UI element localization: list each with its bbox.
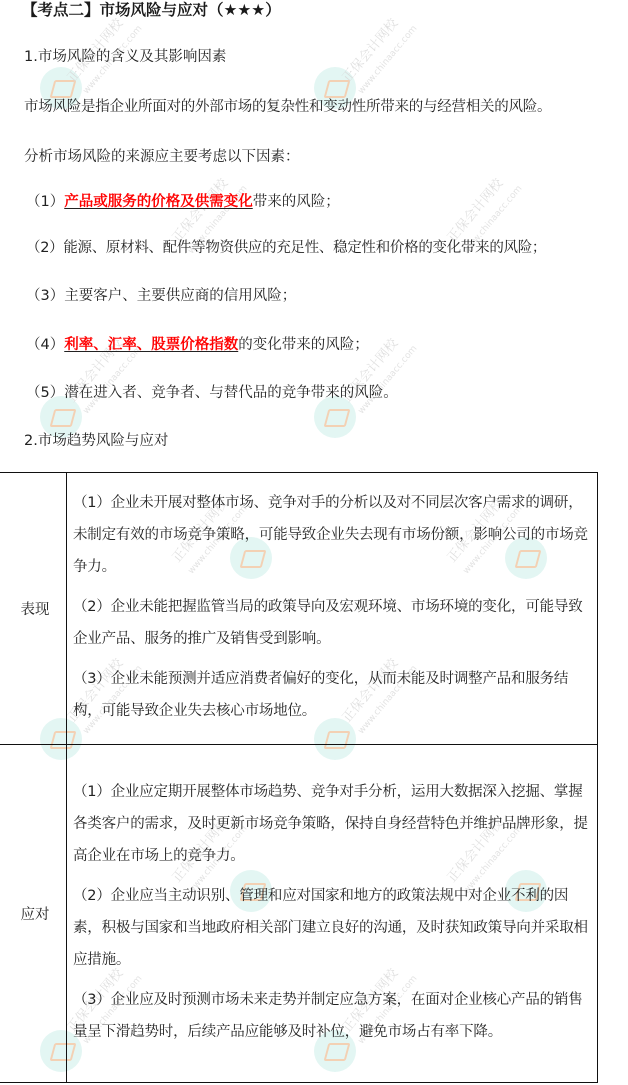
factor-item-5: （5）潜在进入者、竞争者、与替代品的竞争带来的风险。 [26,383,398,403]
row-label: 应对 [17,903,50,924]
factor-item-1: （1）产品或服务的价格及供需变化带来的风险； [26,192,340,212]
factor-number: （5） [26,385,64,401]
watermark-brand: 正保会计网校 [337,14,402,86]
watermark-brand: 正保会计网校 [442,174,507,246]
market-trend-risk-table: 表现 （1）企业未开展对整体市场、竞争对手的分析以及对不同层次客户需求的调研，未… [0,472,598,1083]
factor-text: 潜在进入者、竞争者、与替代品的竞争带来的风险。 [64,385,398,401]
table-point: （1）企业应定期开展整体市场趋势、竞争对手分析，运用大数据深入挖掘、掌握各类客户… [73,776,591,872]
row-label-cell: 表现 [0,473,67,745]
section-heading-1: 1.市场风险的含义及其影响因素 [24,47,226,67]
row-label: 表现 [17,598,50,619]
table-point: （3）企业未能预测并适应消费者偏好的变化，从而未能及时调整产品和服务结构，可能导… [73,663,591,727]
factor-number: （1） [26,194,64,210]
factors-intro: 分析市场风险的来源应主要考虑以下因素： [24,147,300,167]
factor-highlight: 利率、汇率、股票价格指数 [64,337,238,353]
factor-text: 的变化带来的风险； [238,337,369,353]
table-point: （1）企业未开展对整体市场、竞争对手的分析以及对不同层次客户需求的调研，未制定有… [73,487,591,583]
section-heading-2: 2.市场趋势风险与应对 [24,431,168,451]
watermark-url: www.chinaacc.com [357,24,420,96]
factor-highlight: 产品或服务的价格及供需变化 [64,194,253,210]
table-point: （2）企业应当主动识别、管理和应对国家和地方的政策法规中对企业不利的因素，积极与… [73,880,591,976]
factor-item-2: （2）能源、原材料、配件等物资供应的充足性、稳定性和价格的变化带来的风险； [26,238,546,258]
factor-number: （3） [26,288,64,304]
table-row-response: 应对 （1）企业应定期开展整体市场趋势、竞争对手分析，运用大数据深入挖掘、掌握各… [0,745,598,1083]
row-content-cell: （1）企业未开展对整体市场、竞争对手的分析以及对不同层次客户需求的调研，未制定有… [67,473,598,745]
factor-number: （2） [26,240,63,256]
factor-item-4: （4）利率、汇率、股票价格指数的变化带来的风险； [26,335,369,355]
factor-text: 能源、原材料、配件等物资供应的充足性、稳定性和价格的变化带来的风险； [63,240,546,256]
factor-text: 主要客户、主要供应商的信用风险； [64,288,296,304]
definition-paragraph: 市场风险是指企业所面对的外部市场的复杂性和变动性所带来的与经营相关的风险。 [24,97,551,117]
factor-text: 带来的风险； [253,194,340,210]
row-content-cell: （1）企业应定期开展整体市场趋势、竞争对手分析，运用大数据深入挖掘、掌握各类客户… [67,745,598,1083]
row-label-cell: 应对 [0,745,67,1083]
page-title: 【考点二】市场风险与应对（★★★） [22,0,281,20]
document-page: 正保会计网校 www.chinaacc.com 正保会计网校 www.china… [0,0,628,1085]
table-point: （3）企业应及时预测市场未来走势并制定应急方案，在面对企业核心产品的销售量呈下滑… [73,984,591,1048]
factor-item-3: （3）主要客户、主要供应商的信用风险； [26,286,296,306]
table-row-manifestation: 表现 （1）企业未开展对整体市场、竞争对手的分析以及对不同层次客户需求的调研，未… [0,473,598,745]
factor-number: （4） [26,337,64,353]
table-point: （2）企业未能把握监管当局的政策导向及宏观环境、市场环境的变化，可能导致企业产品… [73,591,591,655]
